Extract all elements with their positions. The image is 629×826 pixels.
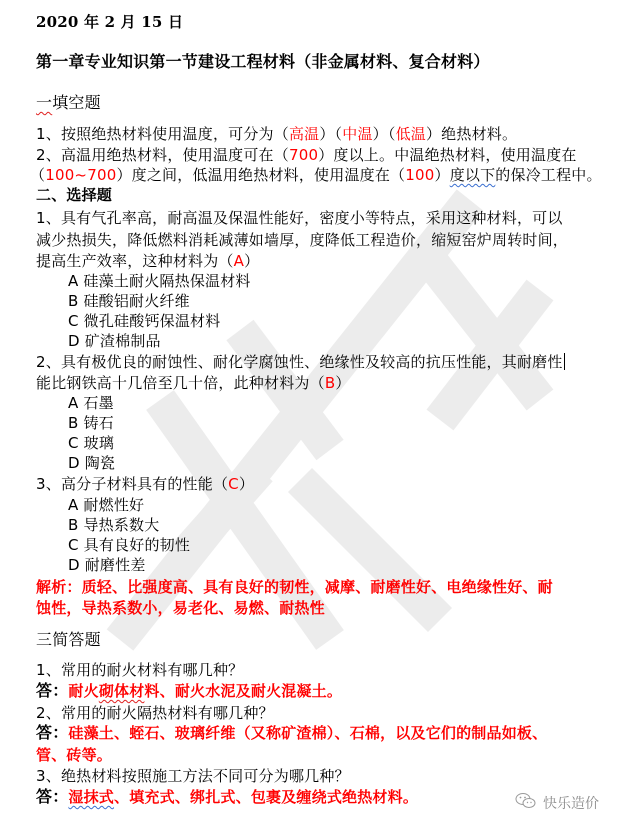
choice-q1-option-b: B 硅酸铝耐火纤维 bbox=[68, 291, 190, 311]
choice-q2-option-d: D 陶瓷 bbox=[68, 453, 115, 473]
document-date: 2020 年 2 月 15 日 bbox=[36, 12, 183, 32]
answer-label: 答： bbox=[36, 681, 68, 700]
answer-label: 答： bbox=[36, 723, 68, 742]
section-title-short-answer: 三简答题 bbox=[36, 630, 101, 650]
short-q1-answer: 答：耐火砌体材料、耐火水泥及耐火混凝土。 bbox=[36, 681, 342, 701]
analysis-line1: 解析：质轻、比强度高、具有良好的韧性，减摩、耐磨性好、电绝缘性好、耐 bbox=[36, 577, 553, 597]
answer-blank: 高温 bbox=[289, 125, 319, 143]
choice-q1-option-c: C 微孔硅酸钙保温材料 bbox=[68, 311, 220, 331]
fill-blank-q2-line2: （100~700）度之间，低温用绝热材料，使用温度在（100）度以下的保冷工程中… bbox=[30, 165, 602, 185]
fill-blank-q2-line1: 2、高温用绝热材料，使用温度可在（700）度以上。中温绝热材料，使用温度在 bbox=[36, 145, 577, 165]
spellcheck-mark: 一 bbox=[36, 93, 52, 112]
section-title-fill-blank: 一填空题 bbox=[36, 93, 101, 113]
section-title-rest: 填空题 bbox=[52, 93, 101, 112]
short-q2-answer-line1: 答：硅藻土、蛭石、玻璃纤维（又称矿渣棉）、石棉，以及它们的制品如板、 bbox=[36, 723, 547, 743]
short-q3-answer: 答：湿抹式、填充式、绑扎式、包裹及缠绕式绝热材料。 bbox=[36, 787, 418, 807]
short-q3-question: 3、绝热材料按照施工方法不同可分为哪几种？ bbox=[36, 766, 350, 786]
answer-letter: B bbox=[325, 374, 336, 392]
fill-blank-q1: 1、按照绝热材料使用温度，可分为（高温）（中温）（低温）绝热材料。 bbox=[36, 124, 517, 144]
choice-q2-option-a: A 石墨 bbox=[68, 393, 114, 413]
choice-q3-option-c: C 具有良好的韧性 bbox=[68, 535, 190, 555]
short-q2-answer-line2: 管、砖等。 bbox=[36, 745, 112, 765]
logo-text: 快乐造价 bbox=[543, 793, 599, 813]
answer-letter: C bbox=[228, 475, 239, 493]
choice-q1-option-a: A 硅藻土耐火隔热保温材料 bbox=[68, 271, 251, 291]
grammar-mark: 湿抹式 bbox=[68, 788, 114, 806]
section-title-multiple-choice: 二、选择题 bbox=[36, 185, 112, 205]
choice-q2-option-c: C 玻璃 bbox=[68, 433, 114, 453]
answer-blank: 100~700 bbox=[45, 166, 116, 184]
text-cursor bbox=[564, 353, 565, 370]
choice-q2-line1: 2、具有极优良的耐蚀性、耐化学腐蚀性、绝缘性及较高的抗压性能，其耐磨性 bbox=[36, 352, 565, 372]
document-page: 2020 年 2 月 15 日 第一章专业知识第一节建设工程材料（非金属材料、复… bbox=[0, 0, 629, 826]
answer-blank: 低温 bbox=[396, 125, 426, 143]
choice-q2-line2: 能比钢铁高十几倍至几十倍，此种材料为（B） bbox=[36, 373, 351, 393]
choice-q3-option-b: B 导热系数大 bbox=[68, 515, 159, 535]
analysis-line2: 蚀性，导热系数小，易老化、易燃、耐热性 bbox=[36, 598, 325, 618]
choice-q3-line1: 3、高分子材料具有的性能（C） bbox=[36, 474, 254, 494]
grammar-mark: 度以下 bbox=[450, 166, 496, 184]
answer-letter: A bbox=[234, 252, 244, 270]
spellcheck-mark: 砌体材 bbox=[99, 682, 145, 700]
answer-blank: 中温 bbox=[342, 125, 372, 143]
choice-q1-line2: 减少热损失，降低燃料消耗减薄如墙厚，度降低工程造价，缩短窑炉周转时间， bbox=[36, 230, 568, 250]
choice-q1-line3: 提高生产效率，这种材料为（A） bbox=[36, 251, 259, 271]
answer-label: 答： bbox=[36, 787, 68, 806]
choice-q2-option-b: B 铸石 bbox=[68, 413, 114, 433]
choice-q1-line1: 1、具有气孔率高，耐高温及保温性能好，密度小等特点，采用这种材料，可以 bbox=[36, 208, 563, 228]
chapter-title: 第一章专业知识第一节建设工程材料（非金属材料、复合材料） bbox=[36, 52, 490, 72]
answer-blank: 700 bbox=[289, 146, 318, 164]
wechat-icon bbox=[515, 792, 537, 814]
choice-q1-option-d: D 矿渣棉制品 bbox=[68, 331, 161, 351]
short-q1-question: 1、常用的耐火材料有哪几种？ bbox=[36, 660, 243, 680]
short-q2-question: 2、常用的耐火隔热材料有哪几种？ bbox=[36, 703, 274, 723]
choice-q3-option-a: A 耐燃性好 bbox=[68, 495, 144, 515]
source-logo: 快乐造价 bbox=[515, 792, 599, 814]
answer-blank: 100 bbox=[405, 166, 434, 184]
choice-q3-option-d: D 耐磨性差 bbox=[68, 555, 146, 575]
